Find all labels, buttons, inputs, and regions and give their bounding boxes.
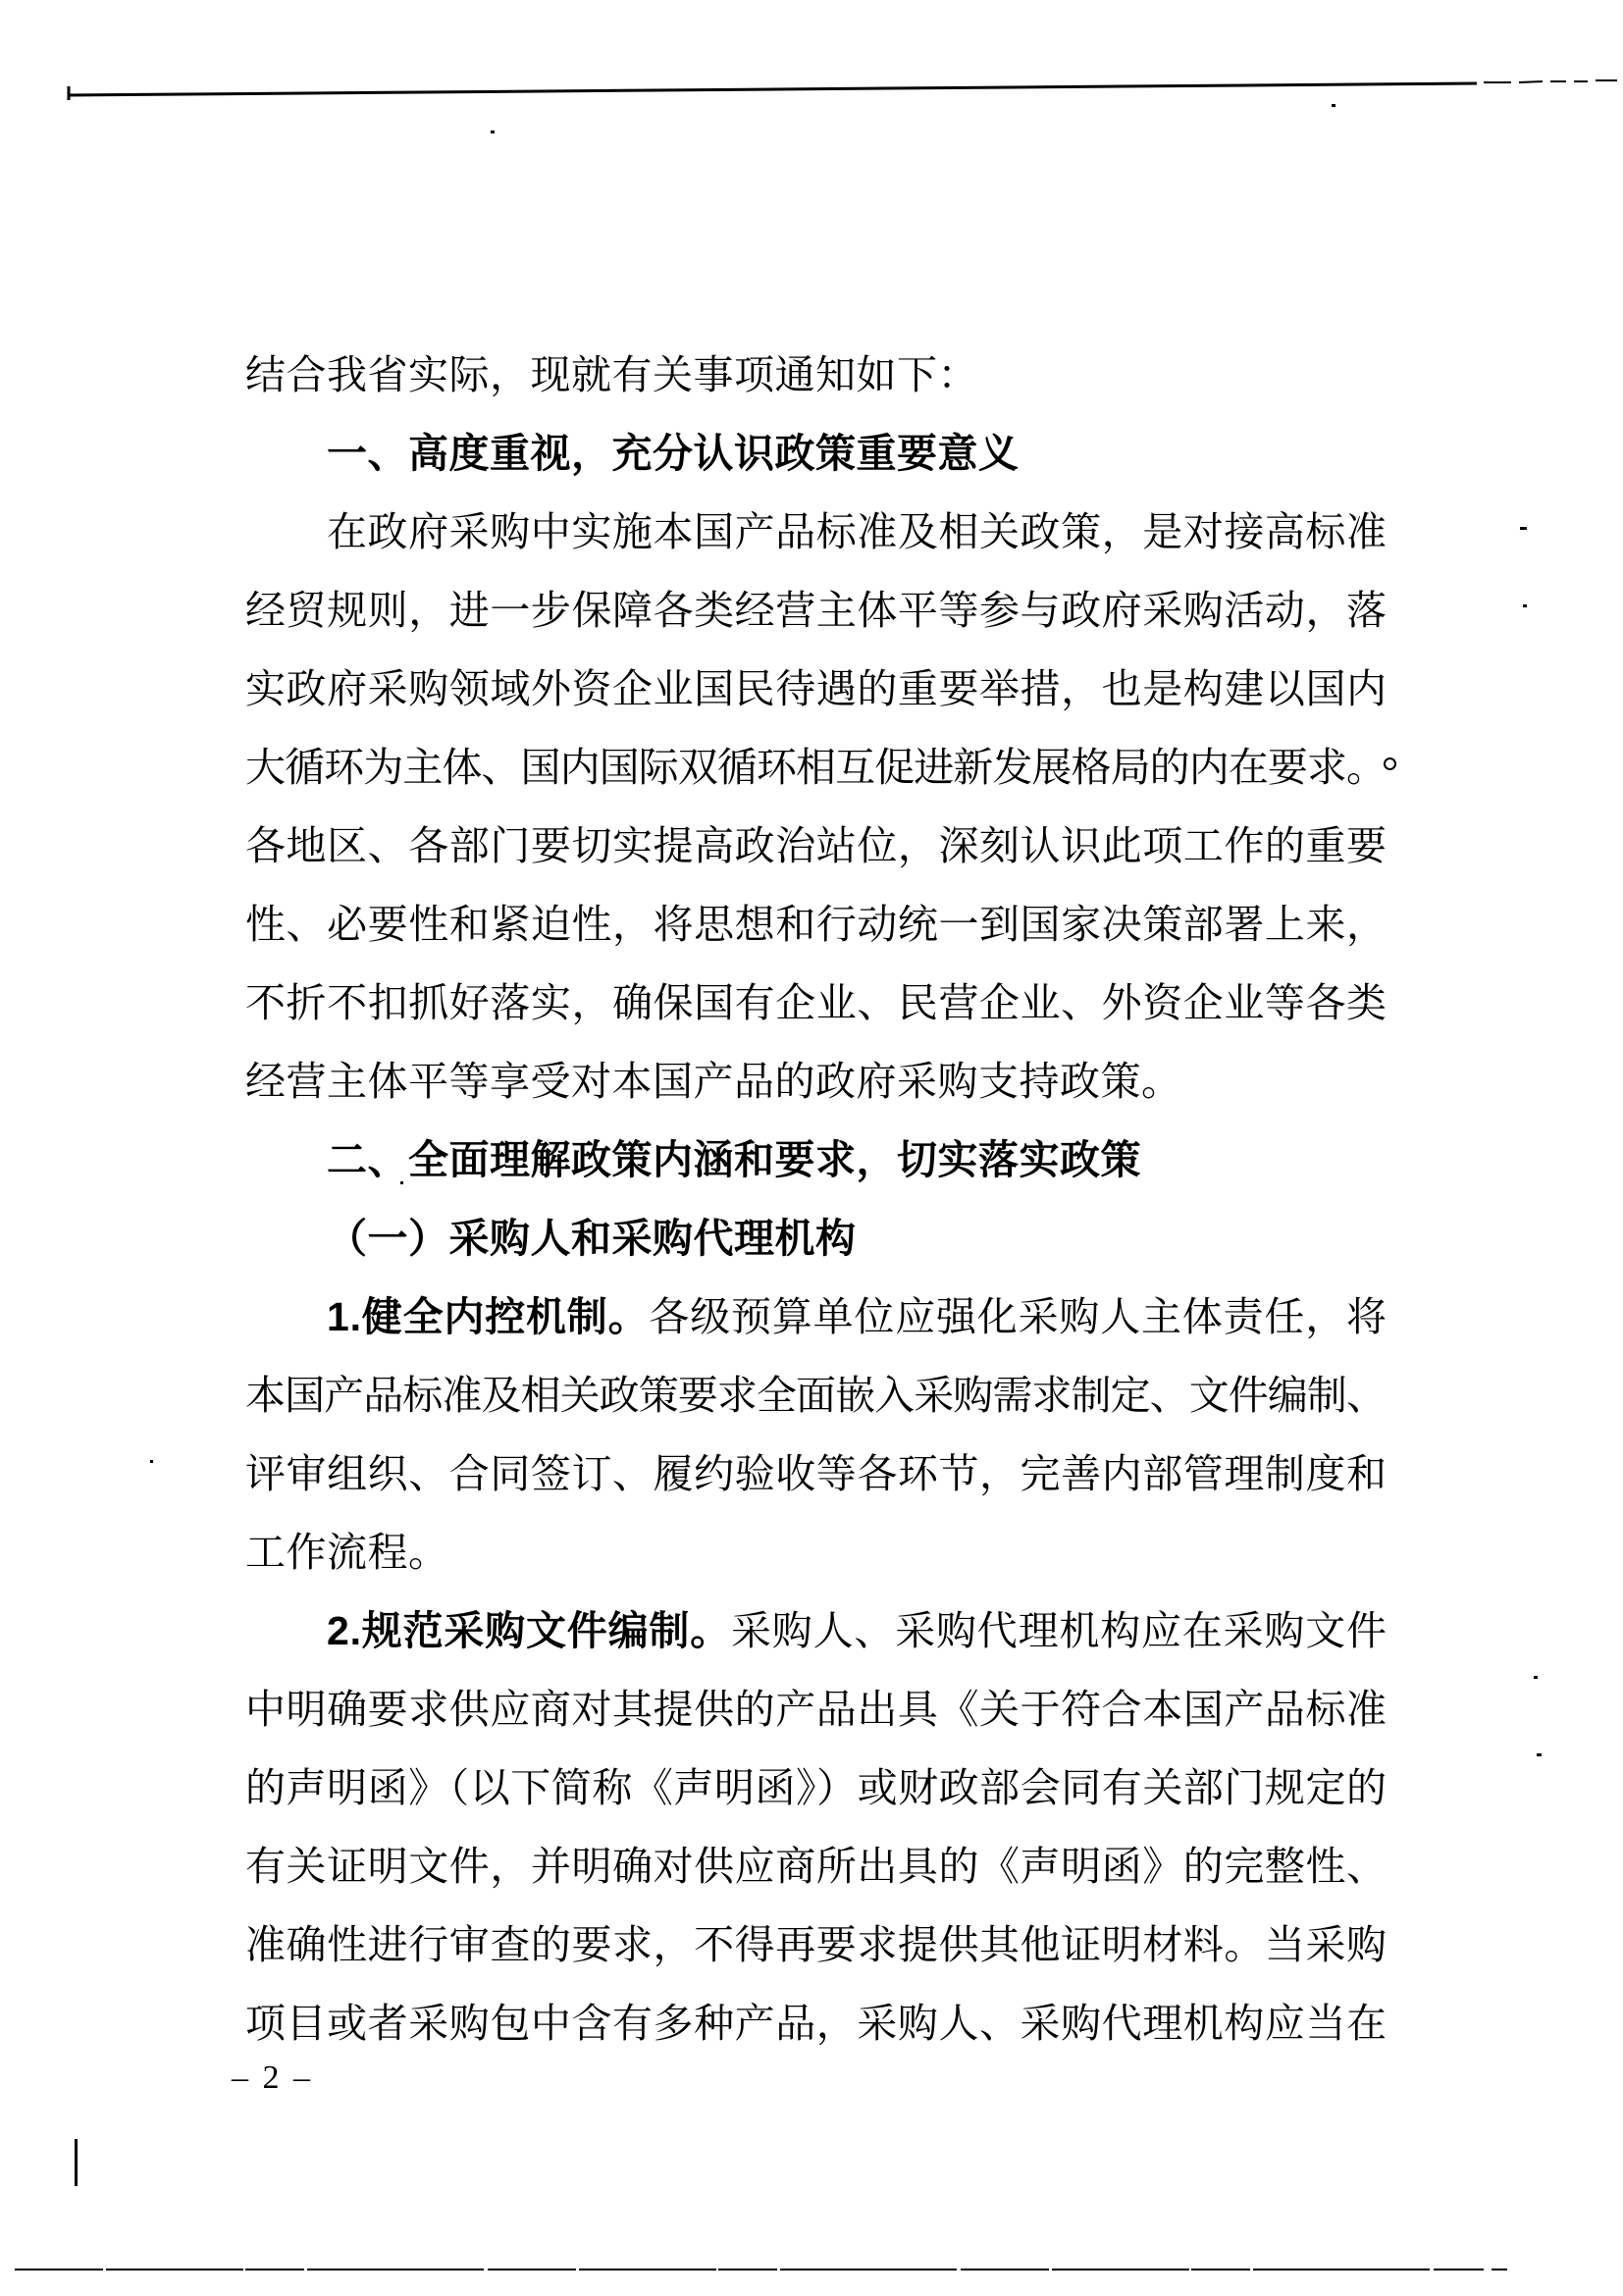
paragraph: 2.规范采购文件编制。采购人、采购代理机构应在采购文件中明确要求供应商对其提供的… bbox=[245, 1592, 1387, 2062]
paragraph: 在政府采购中实施本国产品标准及相关政策，是对接高标准经贸规则，进一步保障各类经营… bbox=[245, 493, 1387, 1121]
scan-top-edge-line bbox=[0, 0, 1623, 157]
text-line: 中明确要求供应商对其提供的产品出具《关于符合本国产品标准 bbox=[245, 1670, 1387, 1748]
text-line: 一、高度重视，充分认识政策重要意义 bbox=[245, 414, 1387, 493]
document-content: 结合我省实际，现就有关事项通知如下：一、高度重视，充分认识政策重要意义在政府采购… bbox=[245, 336, 1387, 2062]
text-line: 项目或者采购包中含有多种产品，采购人、采购代理机构应当在 bbox=[245, 1984, 1387, 2062]
section-heading: 二、全面理解政策内涵和要求，切实落实政策 bbox=[245, 1121, 1387, 1199]
text-line: 在政府采购中实施本国产品标准及相关政策，是对接高标准 bbox=[245, 493, 1387, 571]
text-line: 大循环为主体、国内国际双循环相互促进新发展格局的内在要求。 bbox=[245, 728, 1387, 807]
text-line: 工作流程。 bbox=[245, 1513, 1387, 1592]
text-line: 各地区、各部门要切实提高政治站位，深刻认识此项工作的重要 bbox=[245, 807, 1387, 885]
scan-speck bbox=[1523, 604, 1527, 607]
scan-speck bbox=[1534, 1676, 1538, 1679]
scan-bottom-edge-line bbox=[0, 2247, 1623, 2296]
scan-speck-ring bbox=[1384, 757, 1396, 770]
text-line: （一）采购人和采购代理机构 bbox=[245, 1199, 1387, 1278]
scan-speck bbox=[1537, 1753, 1542, 1756]
text-line: 1.健全内控机制。各级预算单位应强化采购人主体责任，将 bbox=[245, 1278, 1387, 1356]
sub-heading: （一）采购人和采购代理机构 bbox=[245, 1199, 1387, 1278]
document-page: 结合我省实际，现就有关事项通知如下：一、高度重视，充分认识政策重要意义在政府采购… bbox=[0, 0, 1623, 2296]
text-line: 经营主体平等享受对本国产品的政府采购支持政策。 bbox=[245, 1042, 1387, 1121]
paragraph: 1.健全内控机制。各级预算单位应强化采购人主体责任，将本国产品标准及相关政策要求… bbox=[245, 1278, 1387, 1592]
text-line: 的声明函》（以下简称《声明函》）或财政部会同有关部门规定的 bbox=[245, 1748, 1387, 1827]
scan-speck bbox=[1332, 104, 1335, 107]
text-line: 二、全面理解政策内涵和要求，切实落实政策 bbox=[245, 1121, 1387, 1199]
paragraph: 结合我省实际，现就有关事项通知如下： bbox=[245, 336, 1387, 414]
scan-margin-tick bbox=[75, 2139, 78, 2186]
text-line: 经贸规则，进一步保障各类经营主体平等参与政府采购活动，落 bbox=[245, 571, 1387, 650]
scan-speck bbox=[400, 1181, 403, 1184]
page-number: – 2 – bbox=[232, 2055, 313, 2102]
text-line: 有关证明文件，并明确对供应商所出具的《声明函》的完整性、 bbox=[245, 1827, 1387, 1905]
bold-lead-phrase: 1.健全内控机制。 bbox=[327, 1294, 649, 1339]
text-line: 评审组织、合同签订、履约验收等各环节，完善内部管理制度和 bbox=[245, 1435, 1387, 1513]
text-line: 不折不扣抓好落实，确保国有企业、民营企业、外资企业等各类 bbox=[245, 964, 1387, 1042]
bold-lead-phrase: 2.规范采购文件编制。 bbox=[327, 1608, 731, 1653]
scan-speck bbox=[1520, 527, 1527, 530]
text-line: 结合我省实际，现就有关事项通知如下： bbox=[245, 336, 1387, 414]
text-line: 性、必要性和紧迫性，将思想和行动统一到国家决策部署上来， bbox=[245, 885, 1387, 964]
scan-speck bbox=[491, 130, 495, 133]
text-line: 实政府采购领域外资企业国民待遇的重要举措，也是构建以国内 bbox=[245, 650, 1387, 728]
section-heading: 一、高度重视，充分认识政策重要意义 bbox=[245, 414, 1387, 493]
text-line: 本国产品标准及相关政策要求全面嵌入采购需求制定、文件编制、 bbox=[245, 1356, 1387, 1435]
text-line: 2.规范采购文件编制。采购人、采购代理机构应在采购文件 bbox=[245, 1592, 1387, 1670]
text-line: 准确性进行审查的要求，不得再要求提供其他证明材料。当采购 bbox=[245, 1905, 1387, 1984]
scan-speck bbox=[150, 1460, 153, 1463]
